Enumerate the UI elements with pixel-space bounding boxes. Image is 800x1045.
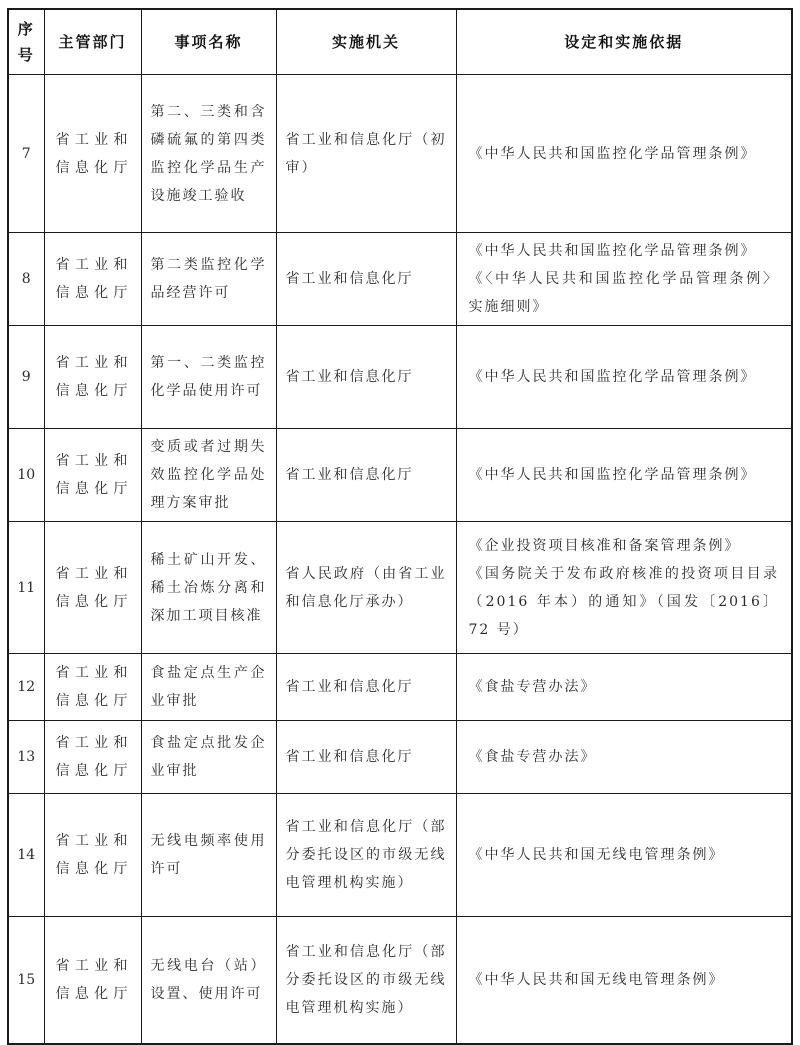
table-body: 7省工业和信息化厅第二、三类和含磷硫氟的第四类监控化学品生产设施竣工验收省工业和… — [8, 75, 792, 1044]
cell-department: 省工业和信息化厅 — [44, 233, 141, 326]
cell-basis: 《食盐专营办法》 — [456, 721, 792, 794]
cell-item-name: 第一、二类监控化学品使用许可 — [141, 326, 276, 429]
table-row: 11省工业和信息化厅稀土矿山开发、稀土冶炼分离和深加工项目核准省人民政府（由省工… — [8, 522, 792, 654]
cell-row-number: 13 — [8, 721, 44, 794]
table-row: 12省工业和信息化厅食盐定点生产企业审批省工业和信息化厅《食盐专营办法》 — [8, 654, 792, 721]
cell-row-number: 11 — [8, 522, 44, 654]
cell-item-name: 无线电台（站）设置、使用许可 — [141, 917, 276, 1044]
cell-row-number: 14 — [8, 794, 44, 917]
header-cell-agency: 实施机关 — [276, 9, 456, 75]
table-row: 13省工业和信息化厅食盐定点批发企业审批省工业和信息化厅《食盐专营办法》 — [8, 721, 792, 794]
cell-basis: 《中华人民共和国监控化学品管理条例》 — [456, 326, 792, 429]
cell-basis: 《中华人民共和国监控化学品管理条例》 《〈中华人民共和国监控化学品管理条例〉实施… — [456, 233, 792, 326]
cell-row-number: 15 — [8, 917, 44, 1044]
cell-basis: 《中华人民共和国监控化学品管理条例》 — [456, 75, 792, 233]
cell-item-name: 无线电频率使用许可 — [141, 794, 276, 917]
table-row: 10省工业和信息化厅变质或者过期失效监控化学品处理方案审批省工业和信息化厅《中华… — [8, 429, 792, 522]
cell-agency: 省工业和信息化厅（初审） — [276, 75, 456, 233]
cell-item-name: 食盐定点批发企业审批 — [141, 721, 276, 794]
cell-department: 省工业和信息化厅 — [44, 326, 141, 429]
cell-row-number: 8 — [8, 233, 44, 326]
cell-basis: 《企业投资项目核准和备案管理条例》 《国务院关于发布政府核准的投资项目目录（20… — [456, 522, 792, 654]
cell-agency: 省人民政府（由省工业和信息化厅承办） — [276, 522, 456, 654]
document-page: 序号 主管部门 事项名称 实施机关 设定和实施依据 7省工业和信息化厅第二、三类… — [0, 0, 800, 1044]
header-cell-no: 序号 — [8, 9, 44, 75]
cell-item-name: 第二、三类和含磷硫氟的第四类监控化学品生产设施竣工验收 — [141, 75, 276, 233]
cell-department: 省工业和信息化厅 — [44, 794, 141, 917]
cell-agency: 省工业和信息化厅 — [276, 721, 456, 794]
cell-agency: 省工业和信息化厅 — [276, 654, 456, 721]
cell-agency: 省工业和信息化厅（部分委托设区的市级无线电管理机构实施） — [276, 917, 456, 1044]
table-row: 9省工业和信息化厅第一、二类监控化学品使用许可省工业和信息化厅《中华人民共和国监… — [8, 326, 792, 429]
cell-department: 省工业和信息化厅 — [44, 721, 141, 794]
cell-item-name: 食盐定点生产企业审批 — [141, 654, 276, 721]
header-cell-dept: 主管部门 — [44, 9, 141, 75]
cell-row-number: 7 — [8, 75, 44, 233]
cell-department: 省工业和信息化厅 — [44, 654, 141, 721]
header-row: 序号 主管部门 事项名称 实施机关 设定和实施依据 — [8, 9, 792, 75]
cell-basis: 《食盐专营办法》 — [456, 654, 792, 721]
table-row: 14省工业和信息化厅无线电频率使用许可省工业和信息化厅（部分委托设区的市级无线电… — [8, 794, 792, 917]
cell-department: 省工业和信息化厅 — [44, 75, 141, 233]
cell-agency: 省工业和信息化厅（部分委托设区的市级无线电管理机构实施） — [276, 794, 456, 917]
cell-row-number: 9 — [8, 326, 44, 429]
cell-department: 省工业和信息化厅 — [44, 429, 141, 522]
cell-item-name: 稀土矿山开发、稀土冶炼分离和深加工项目核准 — [141, 522, 276, 654]
table-row: 15省工业和信息化厅无线电台（站）设置、使用许可省工业和信息化厅（部分委托设区的… — [8, 917, 792, 1044]
cell-basis: 《中华人民共和国无线电管理条例》 — [456, 794, 792, 917]
header-cell-basis: 设定和实施依据 — [456, 9, 792, 75]
cell-item-name: 第二类监控化学品经营许可 — [141, 233, 276, 326]
cell-agency: 省工业和信息化厅 — [276, 326, 456, 429]
cell-agency: 省工业和信息化厅 — [276, 429, 456, 522]
cell-department: 省工业和信息化厅 — [44, 917, 141, 1044]
table-row: 8省工业和信息化厅第二类监控化学品经营许可省工业和信息化厅《中华人民共和国监控化… — [8, 233, 792, 326]
cell-basis: 《中华人民共和国无线电管理条例》 — [456, 917, 792, 1044]
cell-basis: 《中华人民共和国监控化学品管理条例》 — [456, 429, 792, 522]
cell-row-number: 12 — [8, 654, 44, 721]
cell-department: 省工业和信息化厅 — [44, 522, 141, 654]
table-row: 7省工业和信息化厅第二、三类和含磷硫氟的第四类监控化学品生产设施竣工验收省工业和… — [8, 75, 792, 233]
cell-agency: 省工业和信息化厅 — [276, 233, 456, 326]
approval-items-table: 序号 主管部门 事项名称 实施机关 设定和实施依据 7省工业和信息化厅第二、三类… — [7, 8, 793, 1045]
cell-item-name: 变质或者过期失效监控化学品处理方案审批 — [141, 429, 276, 522]
cell-row-number: 10 — [8, 429, 44, 522]
header-cell-item: 事项名称 — [141, 9, 276, 75]
